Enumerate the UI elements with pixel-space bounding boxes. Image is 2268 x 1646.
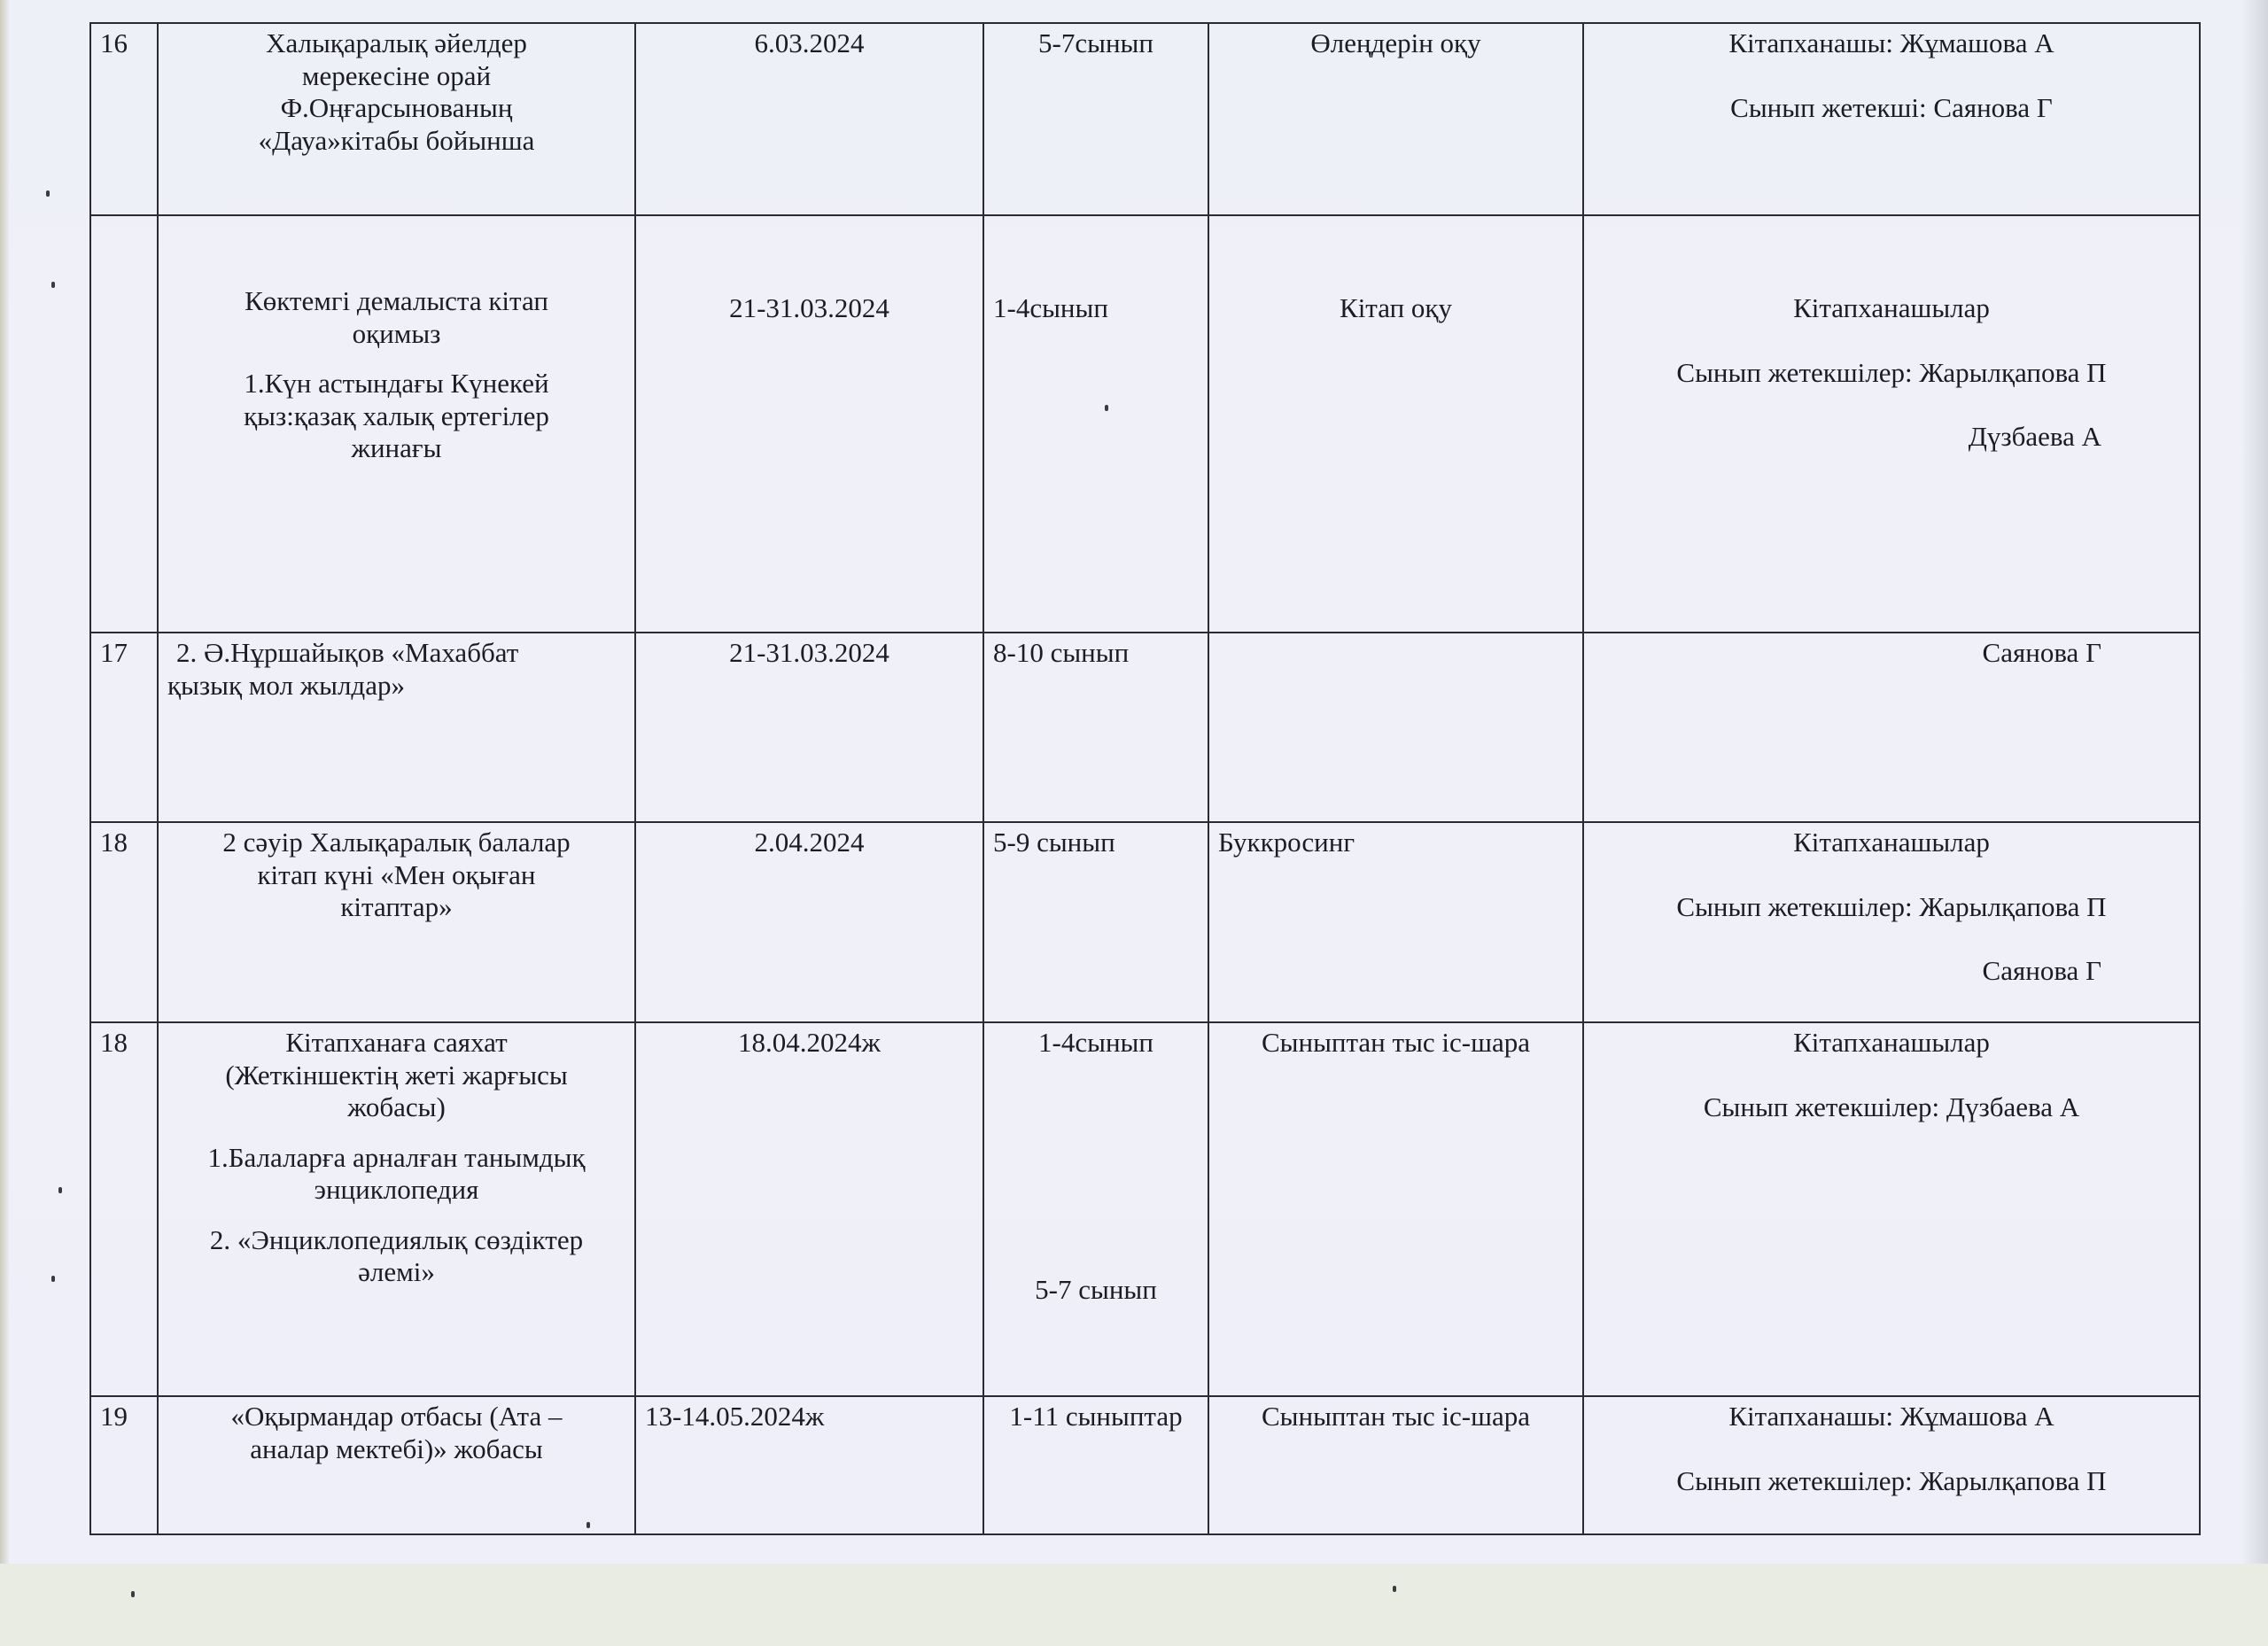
form-cell: Кітап оқу [1208,215,1583,633]
event-line: Кітапханаға саяхат [167,1027,625,1060]
event-line: жинағы [167,432,625,465]
responsible-cell: Кітапханашылар Сынып жетекшілер: Жарылқа… [1583,822,2200,1022]
responsible-cell: Кітапханашылар Сынып жетекшілер: Жарылқа… [1583,215,2200,633]
form-cell: Сыныптан тыс іс-шара [1208,1022,1583,1396]
responsible-cell: Кітапханашылар Сынып жетекшілер: Дүзбаев… [1583,1022,2200,1396]
scan-speck [51,282,55,288]
responsible-cell: Кітапханашы: Жұмашова А Сынып жетекшілер… [1583,1396,2200,1534]
responsible-line: Кітапханашы: Жұмашова А [1593,1401,2190,1433]
table-row: 18 Кітапханаға саяхат (Жеткіншектің жеті… [90,1022,2200,1396]
responsible-line: Сынып жетекші: Саянова Г [1593,92,2190,125]
event-line: мерекесіне орай [167,60,625,93]
scan-speck [1393,1586,1396,1592]
form-cell [1208,633,1583,822]
responsible-line: Кітапханашылар [1593,827,2190,859]
event-cell: 2 сәуір Халықаралық балалар кітап күні «… [158,822,635,1022]
scanner-background [0,1564,2268,1646]
responsible-cell: Саянова Г [1583,633,2200,822]
event-cell: 2. Ә.Нұршайықов «Махаббат қызық мол жылд… [158,633,635,822]
event-line: (Жеткіншектің жеті жарғысы [167,1060,625,1092]
scan-speck [586,1522,590,1528]
date-cell: 2.04.2024 [635,822,983,1022]
responsible-line: Сынып жетекшілер: Жарылқапова П [1593,891,2190,924]
class-line: 8-10 сынып [993,637,1199,670]
event-line: Көктемгі демалыста кітап [167,285,625,318]
event-line: Ф.Оңғарсынованың [167,92,625,125]
responsible-line: Кітапханашылар [1593,292,2190,325]
event-line: әлемі» [167,1256,625,1289]
form-cell: Сыныптан тыс іс-шара [1208,1396,1583,1534]
event-cell: Халықаралық әйелдер мерекесіне орай Ф.Оң… [158,23,635,215]
row-number: 18 [90,1022,158,1396]
event-line: «Дауа»кітабы бойынша [167,125,625,158]
event-line: 2 сәуір Халықаралық балалар [167,827,625,859]
responsible-line: Сынып жетекшілер: Жарылқапова П [1593,357,2190,390]
page-left-edge [0,0,9,1564]
table-row: Көктемгі демалыста кітап оқимыз 1.Күн ас… [90,215,2200,633]
scan-speck [131,1591,135,1597]
row-number: 16 [90,23,158,215]
events-plan-table: 16 Халықаралық әйелдер мерекесіне орай Ф… [89,22,2201,1535]
date-cell: 18.04.2024ж [635,1022,983,1396]
class-line: 1-4сынып [993,1027,1199,1060]
row-number: 18 [90,822,158,1022]
responsible-line: Кітапханашылар [1593,1027,2190,1060]
class-line: 5-9 сынып [993,827,1199,859]
form-cell: Өлеңдерін оқу [1208,23,1583,215]
table-row: 17 2. Ә.Нұршайықов «Махаббат қызық мол ж… [90,633,2200,822]
class-line: 5-7 сынып [993,1274,1199,1307]
event-line: қызық мол жылдар» [167,670,625,703]
class-line: 1-4сынып [993,292,1199,325]
scan-speck [58,1187,62,1193]
responsible-line: Сынып жетекшілер: Дүзбаева А [1593,1091,2190,1124]
event-line: 1.Балаларға арналған танымдық [167,1142,625,1175]
date-cell: 6.03.2024 [635,23,983,215]
class-cell: 1-4сынып [983,215,1208,633]
event-line: «Оқырмандар отбасы (Ата – [167,1401,625,1433]
class-line: 1-11 сыныптар [993,1401,1199,1433]
scan-speck [1105,405,1108,411]
responsible-cell: Кітапханашы: Жұмашова А Сынып жетекші: С… [1583,23,2200,215]
responsible-line: Кітапханашы: Жұмашова А [1593,27,2190,60]
form-cell: Буккросинг [1208,822,1583,1022]
row-number [90,215,158,633]
table-row: 18 2 сәуір Халықаралық балалар кітап күн… [90,822,2200,1022]
class-cell: 8-10 сынып [983,633,1208,822]
event-line: 2. «Энциклопедиялық сөздіктер [167,1224,625,1257]
date-cell: 21-31.03.2024 [635,215,983,633]
event-line: аналар мектебі)» жобасы [167,1433,625,1466]
responsible-line: Саянова Г [1593,637,2190,670]
class-cell: 1-4сынып 5-7 сынып [983,1022,1208,1396]
event-line: Халықаралық әйелдер [167,27,625,60]
event-line: энциклопедия [167,1174,625,1207]
event-line: оқимыз [167,318,625,351]
class-cell: 5-7сынып [983,23,1208,215]
date-cell: 21-31.03.2024 [635,633,983,822]
row-number: 17 [90,633,158,822]
responsible-line: Саянова Г [1593,955,2190,988]
event-line: 2. Ә.Нұршайықов «Махаббат [167,637,625,670]
event-line: қыз:қазақ халық ертегілер [167,400,625,433]
scan-speck [46,190,50,197]
table-row: 19 «Оқырмандар отбасы (Ата – аналар мект… [90,1396,2200,1534]
event-line: кітап күні «Мен оқыған [167,859,625,892]
event-cell: Көктемгі демалыста кітап оқимыз 1.Күн ас… [158,215,635,633]
page-right-edge [2243,0,2268,1564]
responsible-line: Сынып жетекшілер: Жарылқапова П [1593,1465,2190,1498]
table-row: 16 Халықаралық әйелдер мерекесіне орай Ф… [90,23,2200,215]
scan-speck [51,1276,55,1282]
date-cell: 13-14.05.2024ж [635,1396,983,1534]
class-cell: 1-11 сыныптар [983,1396,1208,1534]
event-line: 1.Күн астындағы Күнекей [167,368,625,400]
class-line: 5-7сынып [993,27,1199,60]
event-line: кітаптар» [167,891,625,924]
class-cell: 5-9 сынып [983,822,1208,1022]
responsible-line: Дүзбаева А [1593,421,2190,454]
event-cell: Кітапханаға саяхат (Жеткіншектің жеті жа… [158,1022,635,1396]
row-number: 19 [90,1396,158,1534]
event-cell: «Оқырмандар отбасы (Ата – аналар мектебі… [158,1396,635,1534]
event-line: жобасы) [167,1091,625,1124]
